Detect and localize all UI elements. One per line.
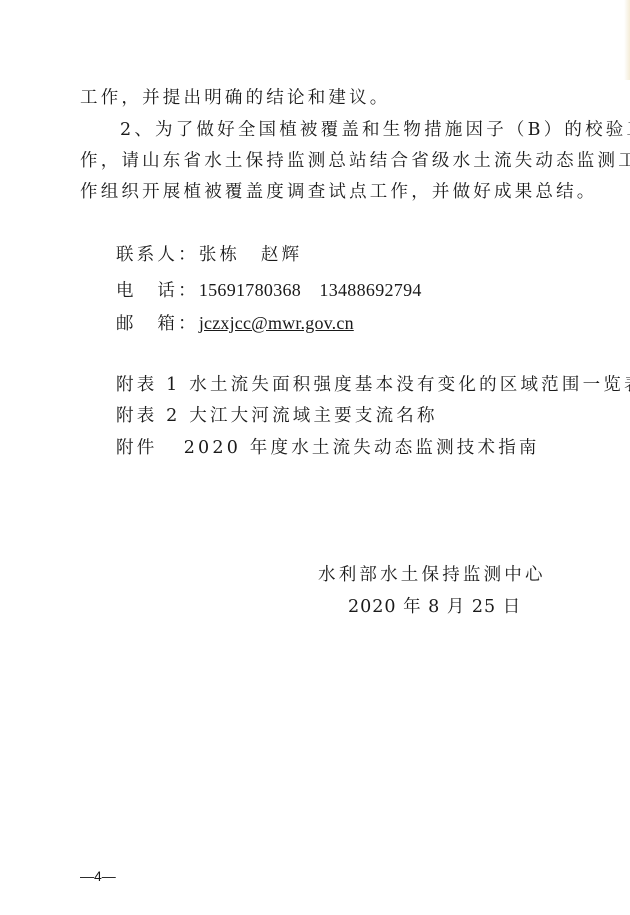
attachment-label: 附表 1 [116, 375, 181, 395]
attachment-title: 水土流失面积强度基本没有变化的区域范围一览表 [189, 375, 630, 395]
signature-date: 2020 年 8 月 25 日 [348, 597, 521, 617]
attachment-item-1: 附表 1 水土流失面积强度基本没有变化的区域范围一览表 [116, 375, 630, 395]
contact-phone-label: 电 话： [116, 281, 199, 301]
signature-org: 水利部水土保持监测中心 [318, 565, 546, 585]
contact-phone-numbers: 15691780368 13488692794 [199, 280, 422, 300]
contact-email-link[interactable]: jczxjcc@mwr.gov.cn [199, 313, 354, 333]
attachment-title: 2020 年度水土流失动态监测技术指南 [184, 438, 540, 458]
attachment-item-3: 附件 2020 年度水土流失动态监测技术指南 [116, 438, 540, 458]
attachment-label: 附表 2 [116, 406, 181, 426]
contact-email-row: 邮 箱：jczxjcc@mwr.gov.cn [116, 313, 354, 334]
contact-person-row: 联系人：张栋 赵辉 [116, 245, 302, 265]
contact-email-label: 邮 箱： [116, 314, 199, 334]
contact-phone-row: 电 话：15691780368 13488692794 [116, 280, 422, 301]
scan-edge-shadow [624, 0, 630, 80]
contact-person-label: 联系人： [116, 245, 199, 265]
attachment-label: 附件 [116, 438, 157, 458]
paragraph-2-line-1: 2、为了做好全国植被覆盖和生物措施因子（B）的校验工 [120, 120, 630, 140]
attachment-title: 大江大河流域主要支流名称 [189, 406, 437, 426]
paragraph-1-tail: 工作，并提出明确的结论和建议。 [80, 88, 391, 108]
attachment-item-2: 附表 2 大江大河流域主要支流名称 [116, 406, 438, 426]
page-number: —4— [80, 868, 116, 884]
paragraph-2-line-2: 作，请山东省水土保持监测总站结合省级水土流失动态监测工 [80, 151, 630, 171]
document-page: 工作，并提出明确的结论和建议。 2、为了做好全国植被覆盖和生物措施因子（B）的校… [0, 0, 630, 915]
contact-person-names: 张栋 赵辉 [199, 245, 303, 265]
paragraph-2-line-3: 作组织开展植被覆盖度调查试点工作，并做好成果总结。 [80, 182, 598, 202]
